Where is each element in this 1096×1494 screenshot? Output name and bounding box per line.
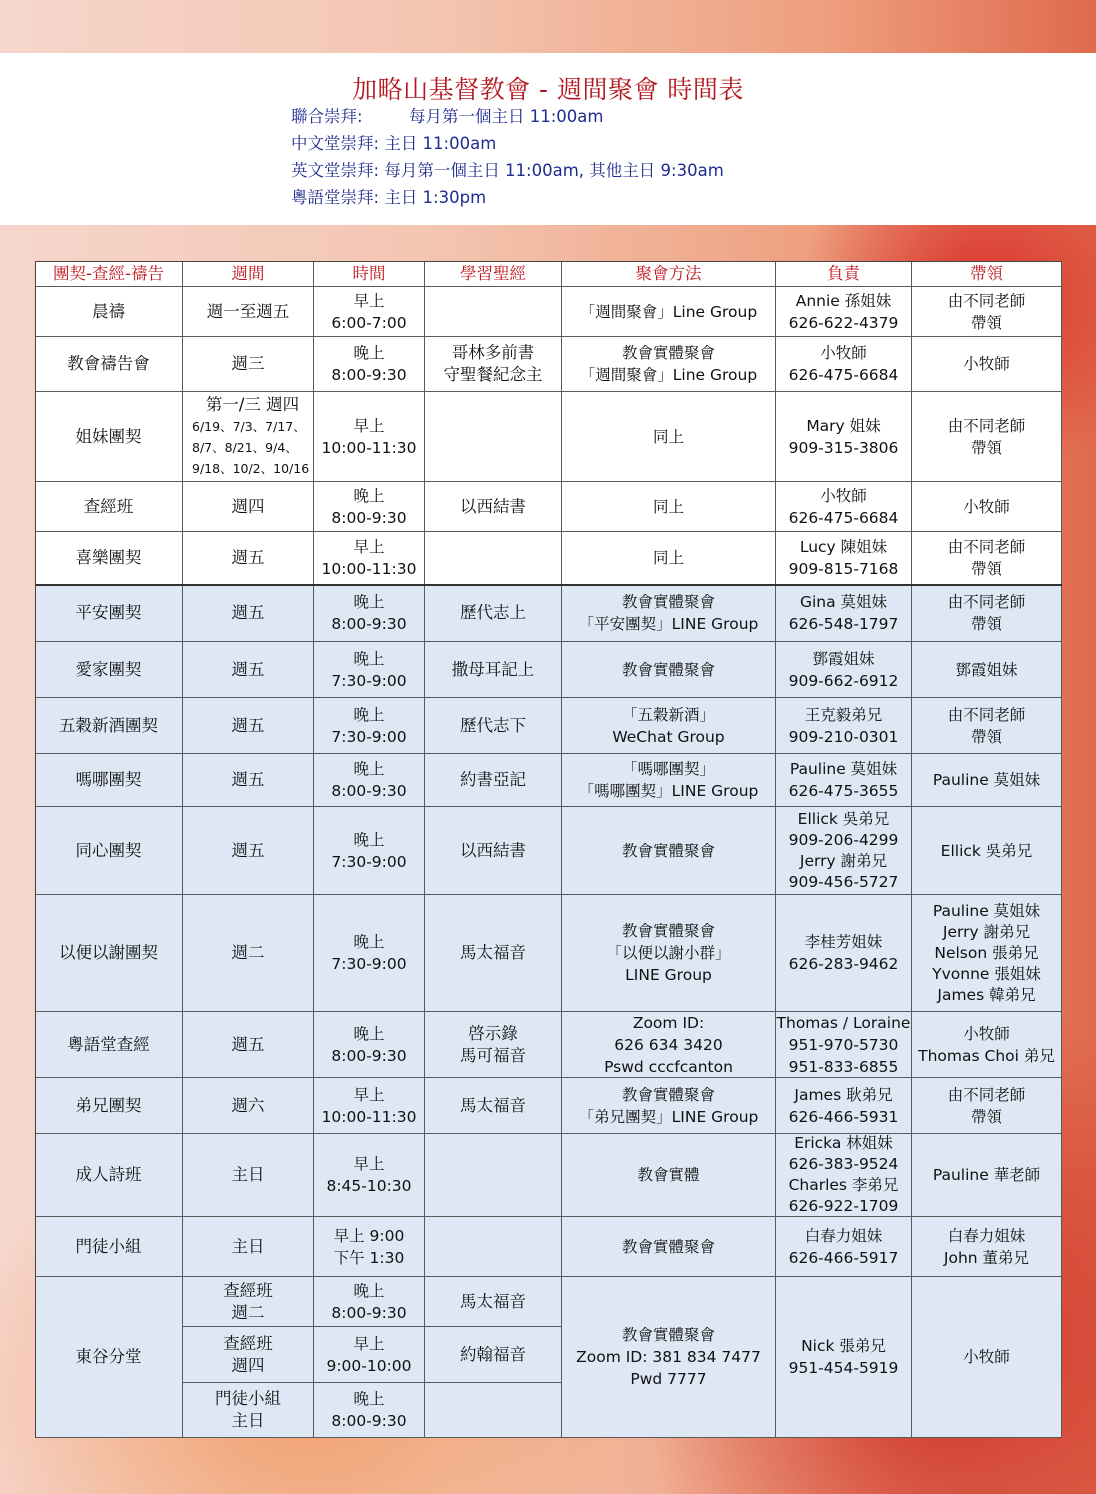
- column-header-2: 週間: [183, 261, 314, 287]
- contact-cell: 鄧霞姐妹909-662-6912: [776, 642, 912, 698]
- time-text: 早上: [353, 1084, 384, 1106]
- time-text: 10:00-11:30: [322, 558, 417, 580]
- contact-text: 951-833-6855: [789, 1056, 899, 1078]
- contact-text: 909-815-7168: [789, 558, 899, 580]
- method-text: 同上: [653, 496, 684, 518]
- contact-text: Jerry 謝弟兄: [800, 851, 887, 872]
- contact-text: Ellick 吳弟兄: [798, 809, 890, 830]
- group-name-text: 嗎哪團契: [76, 769, 142, 791]
- section-divider: [35, 584, 1062, 586]
- method-text: 「嗎哪團契」LINE Group: [579, 780, 759, 802]
- time-cell: 晚上8:00-9:30: [314, 1012, 425, 1078]
- group-name-text: 五穀新酒團契: [59, 715, 158, 737]
- day-cell: 週一至週五: [183, 287, 314, 337]
- leader-cell: 由不同老師帶領: [912, 585, 1062, 642]
- day-cell: 週二: [183, 895, 314, 1012]
- leader-text: 由不同老師: [948, 591, 1026, 613]
- contact-text: 626-475-6684: [789, 364, 899, 386]
- contact-text: 626-466-5931: [789, 1106, 899, 1128]
- method-text: 教會實體聚會: [622, 1236, 715, 1258]
- leader-text: 帶領: [971, 558, 1002, 580]
- time-text: 晚上: [353, 1280, 384, 1302]
- contact-text: 951-970-5730: [789, 1034, 899, 1056]
- leader-text: 小牧師: [963, 496, 1010, 518]
- group-name-cell: 教會禱告會: [35, 337, 183, 392]
- study-cell: 馬太福音: [425, 1277, 562, 1327]
- contact-text: 626-475-6684: [789, 507, 899, 529]
- group-name-cell: 晨禱: [35, 287, 183, 337]
- leader-text: 小牧師: [963, 1346, 1010, 1368]
- study-text: 馬太福音: [460, 1291, 526, 1313]
- study-text: 哥林多前書: [452, 342, 535, 364]
- time-text: 早上: [353, 415, 384, 437]
- contact-text: 909-662-6912: [789, 670, 899, 692]
- day-text: 週五: [232, 769, 265, 791]
- service-line: 中文堂崇拜: 主日 11:00am: [291, 133, 724, 160]
- column-header-7: 帶領: [912, 261, 1062, 287]
- time-cell: 早上10:00-11:30: [314, 1078, 425, 1134]
- time-cell: 晚上7:30-9:00: [314, 807, 425, 895]
- time-cell: 早上6:00-7:00: [314, 287, 425, 337]
- time-cell: 晚上8:00-9:30: [314, 482, 425, 532]
- method-cell: 「週間聚會」Line Group: [562, 287, 776, 337]
- day-cell: 第一/三 週四6/19、7/3、7/17、8/7、8/21、9/4、9/18、1…: [183, 392, 314, 482]
- day-text: 主日: [232, 1410, 265, 1432]
- study-cell: [425, 1383, 562, 1438]
- study-cell: 以西結書: [425, 482, 562, 532]
- contact-text: 626-922-1709: [789, 1196, 899, 1217]
- leader-text: 鄧霞姐妹: [955, 659, 1017, 681]
- leader-text: 由不同老師: [948, 290, 1026, 312]
- time-text: 早上: [353, 290, 384, 312]
- column-header-4: 學習聖經: [425, 261, 562, 287]
- time-text: 8:00-9:30: [331, 507, 406, 529]
- time-text: 6:00-7:00: [331, 312, 406, 334]
- group-name-text: 查經班: [84, 496, 134, 518]
- leader-cell: 小牧師Thomas Choi 弟兄: [912, 1012, 1062, 1078]
- leader-cell: 由不同老師帶領: [912, 392, 1062, 482]
- contact-cell: Pauline 莫姐妹626-475-3655: [776, 754, 912, 807]
- leader-text: Pauline 莫姐妹: [933, 901, 1040, 922]
- day-text: 查經班: [223, 1280, 273, 1302]
- method-text: 「週間聚會」Line Group: [580, 301, 757, 323]
- day-text: 週四: [232, 1355, 265, 1377]
- study-cell: 歷代志上: [425, 585, 562, 642]
- day-text: 查經班: [223, 1333, 273, 1355]
- group-name-cell: 嗎哪團契: [35, 754, 183, 807]
- leader-cell: Ellick 吳弟兄: [912, 807, 1062, 895]
- contact-text: 626-383-9524: [789, 1154, 899, 1175]
- contact-cell: Nick 張弟兄951-454-5919: [776, 1277, 912, 1438]
- method-text: Zoom ID:: [633, 1012, 704, 1034]
- contact-text: Lucy 陳姐妹: [800, 536, 887, 558]
- time-cell: 晚上8:00-9:30: [314, 754, 425, 807]
- day-text: 週四: [232, 496, 265, 518]
- day-text: 週五: [232, 659, 265, 681]
- study-text: 馬可福音: [460, 1045, 526, 1067]
- leader-text: 由不同老師: [948, 1084, 1026, 1106]
- leader-cell: 由不同老師帶領: [912, 1078, 1062, 1134]
- contact-text: 626-475-3655: [789, 780, 899, 802]
- time-text: 早上: [353, 1153, 384, 1175]
- study-cell: 以西結書: [425, 807, 562, 895]
- group-name-cell: 粵語堂查經: [35, 1012, 183, 1078]
- contact-cell: 白春力姐妹626-466-5917: [776, 1217, 912, 1277]
- leader-cell: Pauline 莫姐妹Jerry 謝弟兄Nelson 張弟兄Yvonne 張姐妹…: [912, 895, 1062, 1012]
- contact-text: 小牧師: [820, 485, 867, 507]
- contact-text: 王克毅弟兄: [805, 704, 883, 726]
- study-cell: [425, 392, 562, 482]
- service-times: 聯合崇拜:每月第一個主日 11:00am 中文堂崇拜: 主日 11:00am 英…: [291, 106, 724, 214]
- column-header-3-text: 時間: [353, 263, 386, 285]
- day-text: 主日: [232, 1164, 265, 1186]
- time-text: 晚上: [353, 1388, 384, 1410]
- leader-text: 由不同老師: [948, 536, 1026, 558]
- group-name-text: 同心團契: [76, 840, 142, 862]
- day-text: 週五: [232, 547, 265, 569]
- time-cell: 晚上7:30-9:00: [314, 698, 425, 754]
- group-name-cell: 平安團契: [35, 585, 183, 642]
- method-cell: 教會實體: [562, 1134, 776, 1217]
- column-header-6: 負責: [776, 261, 912, 287]
- study-cell: 馬太福音: [425, 895, 562, 1012]
- day-text: 週二: [232, 1302, 265, 1324]
- method-cell: 教會實體聚會: [562, 642, 776, 698]
- study-text: 約翰福音: [460, 1344, 526, 1366]
- time-cell: 晚上7:30-9:00: [314, 642, 425, 698]
- leader-cell: 小牧師: [912, 482, 1062, 532]
- group-name-text: 門徒小組: [76, 1236, 142, 1258]
- method-text: 「五穀新酒」: [622, 704, 715, 726]
- contact-text: Mary 姐妹: [806, 415, 880, 437]
- study-cell: 哥林多前書守聖餐紀念主: [425, 337, 562, 392]
- time-text: 10:00-11:30: [322, 1106, 417, 1128]
- method-cell: 教會實體聚會: [562, 807, 776, 895]
- column-header-1-text: 團契-查經-禱告: [53, 263, 164, 285]
- method-text: LINE Group: [625, 964, 712, 986]
- group-name-text: 成人詩班: [76, 1164, 142, 1186]
- service-line: 英文堂崇拜: 每月第一個主日 11:00am, 其他主日 9:30am: [291, 160, 724, 187]
- method-text: 教會實體聚會: [622, 342, 715, 364]
- method-cell: 「五穀新酒」WeChat Group: [562, 698, 776, 754]
- study-cell: [425, 532, 562, 585]
- time-text: 9:00-10:00: [326, 1355, 411, 1377]
- contact-cell: 小牧師626-475-6684: [776, 337, 912, 392]
- group-name-text: 東谷分堂: [76, 1346, 142, 1368]
- leader-text: 帶領: [971, 1106, 1002, 1128]
- leader-text: 由不同老師: [948, 704, 1026, 726]
- leader-text: Pauline 華老師: [933, 1164, 1040, 1186]
- day-cell: 門徒小組主日: [183, 1383, 314, 1438]
- time-text: 下午 1:30: [334, 1247, 405, 1269]
- leader-text: Yvonne 張姐妹: [932, 964, 1041, 985]
- leader-text: 小牧師: [963, 353, 1010, 375]
- group-name-text: 喜樂團契: [76, 547, 142, 569]
- method-text: WeChat Group: [612, 726, 724, 748]
- leader-text: Nelson 張弟兄: [934, 943, 1038, 964]
- time-text: 7:30-9:00: [331, 726, 406, 748]
- group-name-cell: 愛家團契: [35, 642, 183, 698]
- leader-text: 帶領: [971, 726, 1002, 748]
- study-text: 馬太福音: [460, 1095, 526, 1117]
- method-text: 教會實體聚會: [622, 920, 715, 942]
- method-cell: 同上: [562, 482, 776, 532]
- day-cell: 週五: [183, 754, 314, 807]
- method-text: 「嗎哪團契」: [622, 758, 715, 780]
- column-header-1: 團契-查經-禱告: [35, 261, 183, 287]
- time-cell: 晚上8:00-9:30: [314, 337, 425, 392]
- group-name-text: 愛家團契: [76, 659, 142, 681]
- contact-cell: 小牧師626-475-6684: [776, 482, 912, 532]
- day-text: 週五: [232, 715, 265, 737]
- study-cell: 啓示錄馬可福音: [425, 1012, 562, 1078]
- leader-cell: Pauline 莫姐妹: [912, 754, 1062, 807]
- time-cell: 早上 9:00下午 1:30: [314, 1217, 425, 1277]
- contact-text: 626-622-4379: [789, 312, 899, 334]
- study-text: 撒母耳記上: [452, 659, 535, 681]
- column-header-6-text: 負責: [827, 263, 860, 285]
- time-text: 晚上: [353, 342, 384, 364]
- method-cell: 教會實體聚會「週間聚會」Line Group: [562, 337, 776, 392]
- leader-text: Ellick 吳弟兄: [941, 840, 1033, 862]
- time-cell: 早上8:45-10:30: [314, 1134, 425, 1217]
- contact-text: Charles 李弟兄: [789, 1175, 899, 1196]
- method-text: 教會實體聚會: [622, 840, 715, 862]
- contact-text: 909-315-3806: [789, 437, 899, 459]
- contact-text: Thomas / Loraine: [777, 1012, 911, 1034]
- study-text: 馬太福音: [460, 942, 526, 964]
- study-cell: [425, 1217, 562, 1277]
- method-text: 教會實體聚會: [622, 591, 715, 613]
- method-text: 「弟兄團契」LINE Group: [579, 1106, 759, 1128]
- method-cell: 教會實體聚會「以便以謝小群」LINE Group: [562, 895, 776, 1012]
- study-cell: 歷代志下: [425, 698, 562, 754]
- leader-cell: 由不同老師帶領: [912, 698, 1062, 754]
- group-name-cell: 姐妹團契: [35, 392, 183, 482]
- contact-text: 951-454-5919: [789, 1357, 899, 1379]
- time-text: 晚上: [353, 704, 384, 726]
- group-name-cell: 查經班: [35, 482, 183, 532]
- method-text: 教會實體: [637, 1164, 699, 1186]
- day-cell: 週三: [183, 337, 314, 392]
- contact-text: 909-210-0301: [789, 726, 899, 748]
- leader-cell: 小牧師: [912, 337, 1062, 392]
- time-cell: 早上10:00-11:30: [314, 532, 425, 585]
- leader-text: Jerry 謝弟兄: [943, 922, 1030, 943]
- day-text: 6/19、7/3、7/17、: [192, 416, 306, 437]
- leader-text: 小牧師: [963, 1023, 1010, 1045]
- study-cell: 約翰福音: [425, 1327, 562, 1383]
- time-text: 8:00-9:30: [331, 613, 406, 635]
- contact-text: Ericka 林姐妹: [794, 1133, 893, 1154]
- time-text: 晚上: [353, 591, 384, 613]
- study-text: 歷代志下: [460, 715, 526, 737]
- time-text: 8:00-9:30: [331, 1410, 406, 1432]
- leader-cell: 小牧師: [912, 1277, 1062, 1438]
- contact-text: 909-206-4299: [789, 830, 899, 851]
- time-text: 7:30-9:00: [331, 953, 406, 975]
- study-cell: 撒母耳記上: [425, 642, 562, 698]
- contact-text: Nick 張弟兄: [801, 1335, 886, 1357]
- leader-text: 帶領: [971, 312, 1002, 334]
- method-cell: 教會實體聚會「弟兄團契」LINE Group: [562, 1078, 776, 1134]
- contact-cell: Thomas / Loraine951-970-5730951-833-6855: [776, 1012, 912, 1078]
- method-text: Zoom ID: 381 834 7477: [576, 1346, 761, 1368]
- contact-cell: Gina 莫姐妹626-548-1797: [776, 585, 912, 642]
- group-name-text: 弟兄團契: [76, 1095, 142, 1117]
- contact-text: 909-456-5727: [789, 872, 899, 893]
- contact-text: 626-283-9462: [789, 953, 899, 975]
- method-text: 「以便以謝小群」: [606, 942, 730, 964]
- day-text: 週五: [232, 602, 265, 624]
- time-cell: 晚上8:00-9:30: [314, 1383, 425, 1438]
- leader-text: Pauline 莫姐妹: [933, 769, 1040, 791]
- time-text: 晚上: [353, 485, 384, 507]
- method-cell: 「嗎哪團契」「嗎哪團契」LINE Group: [562, 754, 776, 807]
- page-title: 加略山基督教會 - 週間聚會 時間表: [0, 70, 1096, 106]
- contact-text: 李桂芳姐妹: [805, 931, 883, 953]
- day-text: 第一/三 週四: [206, 394, 299, 416]
- method-text: Pswd cccfcanton: [604, 1056, 733, 1078]
- method-text: 「平安團契」LINE Group: [579, 613, 759, 635]
- leader-text: 由不同老師: [948, 415, 1026, 437]
- day-cell: 週六: [183, 1078, 314, 1134]
- contact-cell: James 耿弟兄626-466-5931: [776, 1078, 912, 1134]
- group-name-cell: 弟兄團契: [35, 1078, 183, 1134]
- contact-cell: 李桂芳姐妹626-283-9462: [776, 895, 912, 1012]
- method-text: 教會實體聚會: [622, 1324, 715, 1346]
- contact-text: 626-548-1797: [789, 613, 899, 635]
- leader-text: 帶領: [971, 613, 1002, 635]
- method-text: 「週間聚會」Line Group: [580, 364, 757, 386]
- day-text: 主日: [232, 1236, 265, 1258]
- study-text: 約書亞記: [460, 769, 526, 791]
- method-cell: 教會實體聚會Zoom ID: 381 834 7477Pwd 7777: [562, 1277, 776, 1438]
- group-name-cell: 成人詩班: [35, 1134, 183, 1217]
- day-text: 週三: [232, 353, 265, 375]
- group-name-text: 粵語堂查經: [67, 1034, 150, 1056]
- day-cell: 週四: [183, 482, 314, 532]
- method-text: 同上: [653, 547, 684, 569]
- group-name-cell: 以便以謝團契: [35, 895, 183, 1012]
- group-name-cell: 門徒小組: [35, 1217, 183, 1277]
- group-name-text: 以便以謝團契: [59, 942, 158, 964]
- leader-text: Thomas Choi 弟兄: [918, 1045, 1055, 1067]
- time-text: 8:00-9:30: [331, 1302, 406, 1324]
- time-cell: 晚上7:30-9:00: [314, 895, 425, 1012]
- time-cell: 早上9:00-10:00: [314, 1327, 425, 1383]
- contact-text: 鄧霞姐妹: [812, 648, 874, 670]
- column-header-5-text: 聚會方法: [636, 263, 702, 285]
- leader-text: James 韓弟兄: [937, 985, 1035, 1006]
- day-text: 週一至週五: [207, 301, 290, 323]
- day-cell: 週五: [183, 807, 314, 895]
- time-cell: 晚上8:00-9:30: [314, 585, 425, 642]
- contact-cell: Mary 姐妹909-315-3806: [776, 392, 912, 482]
- time-text: 晚上: [353, 758, 384, 780]
- contact-cell: Lucy 陳姐妹909-815-7168: [776, 532, 912, 585]
- group-name-text: 平安團契: [76, 602, 142, 624]
- leader-cell: 由不同老師帶領: [912, 532, 1062, 585]
- contact-text: Annie 孫姐妹: [796, 290, 892, 312]
- day-cell: 週五: [183, 642, 314, 698]
- time-cell: 晚上8:00-9:30: [314, 1277, 425, 1327]
- time-text: 晚上: [353, 829, 384, 851]
- method-text: 教會實體聚會: [622, 1084, 715, 1106]
- day-cell: 週五: [183, 698, 314, 754]
- study-text: 以西結書: [460, 496, 526, 518]
- service-line: 粵語堂崇拜: 主日 1:30pm: [291, 187, 724, 214]
- day-text: 週六: [232, 1095, 265, 1117]
- group-name-cell: 同心團契: [35, 807, 183, 895]
- study-text: 守聖餐紀念主: [444, 364, 543, 386]
- day-text: 9/18、10/2、10/16: [192, 458, 309, 479]
- group-name-text: 教會禱告會: [67, 353, 150, 375]
- day-cell: 週五: [183, 1012, 314, 1078]
- method-text: 626 634 3420: [614, 1034, 722, 1056]
- time-text: 早上 9:00: [334, 1225, 405, 1247]
- leader-cell: Pauline 華老師: [912, 1134, 1062, 1217]
- column-header-7-text: 帶領: [970, 263, 1003, 285]
- day-cell: 週五: [183, 585, 314, 642]
- contact-cell: Ellick 吳弟兄909-206-4299Jerry 謝弟兄909-456-5…: [776, 807, 912, 895]
- contact-cell: 王克毅弟兄909-210-0301: [776, 698, 912, 754]
- leader-cell: 鄧霞姐妹: [912, 642, 1062, 698]
- time-text: 8:00-9:30: [331, 1045, 406, 1067]
- time-text: 8:00-9:30: [331, 780, 406, 802]
- group-name-cell: 喜樂團契: [35, 532, 183, 585]
- time-text: 晚上: [353, 1023, 384, 1045]
- study-text: 以西結書: [460, 840, 526, 862]
- time-text: 8:00-9:30: [331, 364, 406, 386]
- column-header-2-text: 週間: [232, 263, 265, 285]
- group-name-cell: 五穀新酒團契: [35, 698, 183, 754]
- method-text: 同上: [653, 426, 684, 448]
- service-line: 聯合崇拜:每月第一個主日 11:00am: [291, 106, 724, 133]
- group-name-cell: 東谷分堂: [35, 1277, 183, 1438]
- day-cell: 主日: [183, 1134, 314, 1217]
- method-cell: Zoom ID:626 634 3420Pswd cccfcanton: [562, 1012, 776, 1078]
- leader-text: 帶領: [971, 437, 1002, 459]
- time-text: 7:30-9:00: [331, 851, 406, 873]
- contact-cell: Ericka 林姐妹626-383-9524Charles 李弟兄626-922…: [776, 1134, 912, 1217]
- day-text: 門徒小組: [215, 1388, 281, 1410]
- time-text: 晚上: [353, 648, 384, 670]
- column-header-3: 時間: [314, 261, 425, 287]
- study-text: 歷代志上: [460, 602, 526, 624]
- time-cell: 早上10:00-11:30: [314, 392, 425, 482]
- study-cell: [425, 287, 562, 337]
- contact-text: 626-466-5917: [789, 1247, 899, 1269]
- group-name-text: 晨禱: [92, 301, 125, 323]
- contact-text: Pauline 莫姐妹: [790, 758, 897, 780]
- group-name-text: 姐妹團契: [76, 426, 142, 448]
- time-text: 8:45-10:30: [326, 1175, 411, 1197]
- contact-text: Gina 莫姐妹: [800, 591, 887, 613]
- method-cell: 教會實體聚會: [562, 1217, 776, 1277]
- method-cell: 同上: [562, 532, 776, 585]
- time-text: 7:30-9:00: [331, 670, 406, 692]
- day-cell: 主日: [183, 1217, 314, 1277]
- study-cell: 馬太福音: [425, 1078, 562, 1134]
- contact-text: 小牧師: [820, 342, 867, 364]
- leader-cell: 由不同老師帶領: [912, 287, 1062, 337]
- day-cell: 週五: [183, 532, 314, 585]
- study-cell: [425, 1134, 562, 1217]
- method-text: 教會實體聚會: [622, 659, 715, 681]
- day-cell: 查經班週四: [183, 1327, 314, 1383]
- method-cell: 教會實體聚會「平安團契」LINE Group: [562, 585, 776, 642]
